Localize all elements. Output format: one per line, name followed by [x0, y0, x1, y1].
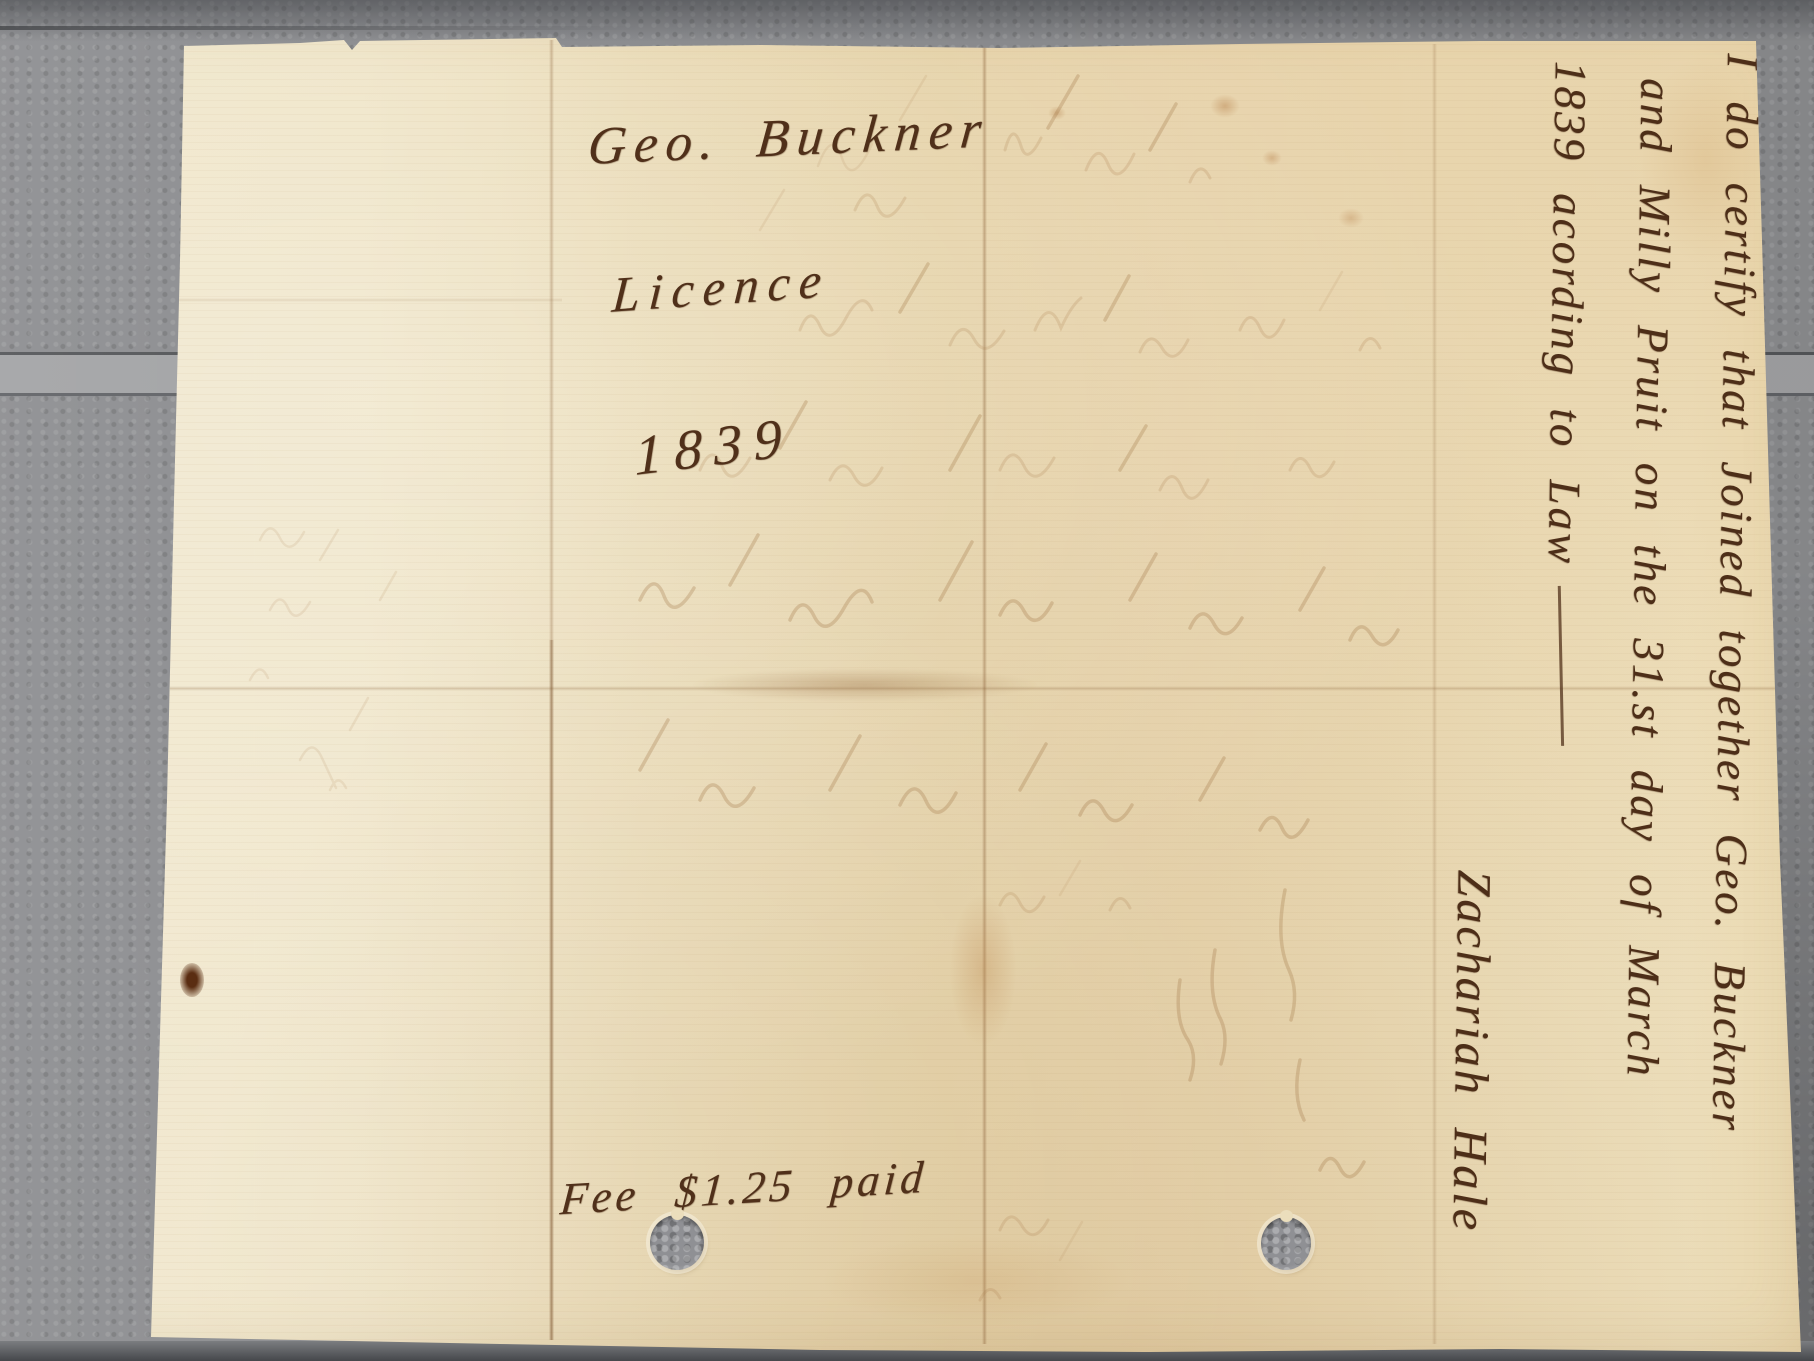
officiant-signature: Zachariah Hale	[1424, 49, 1528, 1340]
stain-streak	[950, 895, 1016, 1045]
certification-block: I do certify that Joined together Geo. B…	[1424, 49, 1786, 1344]
punch-hole-right	[1261, 1217, 1311, 1270]
table-top-edge-line	[0, 26, 640, 30]
certification-line: and Milly Pruit on the 31.st day of Marc…	[1596, 52, 1700, 1343]
punch-hole-left	[650, 1215, 704, 1270]
photo-of-license-document: Geo. Buckner Licence 1839 Fee $1.25 paid…	[0, 0, 1814, 1361]
foxing-spot	[1262, 150, 1282, 166]
stain-smudge	[690, 668, 1040, 702]
foxing-spot	[1210, 94, 1240, 118]
certification-line: 1839 acording to Law	[1510, 50, 1614, 1341]
foxing-spot	[1048, 106, 1066, 120]
license-paper: Geo. Buckner Licence 1839 Fee $1.25 paid…	[0, 0, 1814, 1361]
foxing-spot	[1338, 208, 1364, 228]
horizontal-crease-upper-left	[172, 298, 562, 302]
certification-line-text: 1839 acording to Law	[1539, 61, 1596, 567]
stain-bottom	[820, 1235, 1130, 1327]
fold-crease-left-stain	[549, 640, 554, 1340]
ink-blot-spot	[180, 963, 204, 997]
pen-flourish	[1558, 586, 1564, 746]
